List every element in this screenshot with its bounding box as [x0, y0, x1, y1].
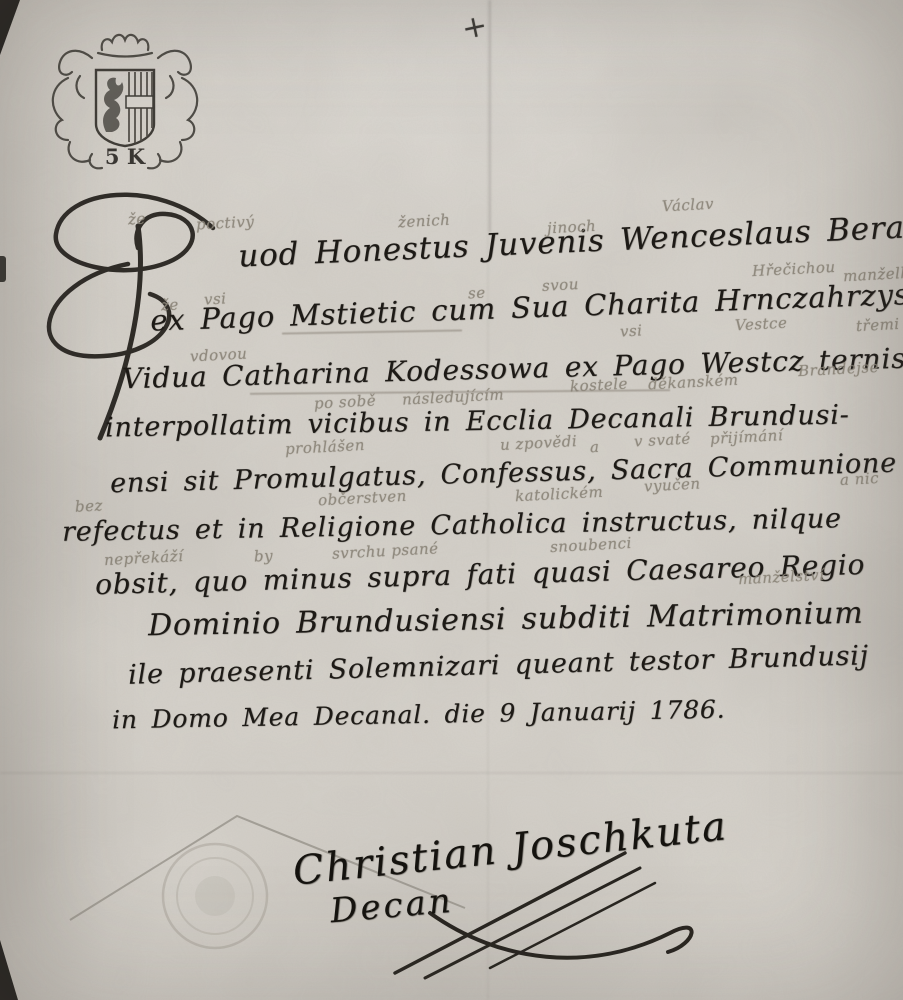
pencil-annotation: Brandejse [798, 358, 880, 380]
ink-line: in Domo Mea Decanal. die 9 Januarij 1786… [112, 695, 726, 735]
pencil-annotation: Václav [662, 195, 715, 216]
pencil-annotation: jinoch [547, 217, 597, 238]
pencil-annotation: vyučen [644, 475, 701, 496]
ink-line: ile praesenti Solemnizari queant testor … [128, 640, 870, 690]
stamp-lion [103, 78, 123, 132]
pencil-annotation: že [128, 210, 147, 229]
pencil-annotation: ženich [398, 211, 451, 232]
pencil-annotation: v svaté [634, 430, 692, 451]
scan-corner-shadow-topleft [0, 0, 20, 55]
pencil-annotation: Hřečichou [752, 258, 836, 280]
pencil-annotation: prohlášen [285, 436, 366, 458]
pencil-annotation: snoubenci [550, 534, 633, 556]
pencil-annotation: a nic [840, 469, 880, 489]
ink-line: refectus et in Religione Catholica instr… [62, 503, 842, 548]
page-cross-mark: + [459, 8, 491, 47]
stamp-denomination: 5 K [105, 144, 146, 169]
pencil-annotation: kostele [570, 374, 629, 395]
scanned-document-page: + 5 K [0, 0, 903, 1000]
pencil-annotation: vsi [620, 321, 643, 340]
ink-line: Dominio Brundusiensi subditi Matrimonium [148, 596, 864, 643]
revenue-stamp-icon: 5 K [40, 28, 210, 178]
scan-corner-shadow-bottomleft [0, 940, 18, 1000]
ink-line: ensi sit Promulgatus, Confessus, Sacra C… [110, 448, 898, 500]
pencil-annotation: a [590, 438, 600, 456]
pencil-annotation: že [161, 296, 180, 315]
fold-crease-horizontal [0, 772, 903, 774]
pencil-annotation: bez [75, 496, 104, 515]
pencil-annotation: u zpovědi [500, 432, 578, 454]
pencil-annotation: Vestce [735, 314, 788, 335]
pencil-annotation: manželkou [843, 263, 903, 286]
signature-flourish-icon [370, 838, 710, 988]
pencil-annotation: po sobě [314, 391, 377, 412]
pencil-annotation: poctivý [196, 212, 255, 233]
pencil-annotation: se [468, 284, 486, 303]
pencil-annotation: svou [542, 275, 580, 295]
pencil-annotation: katolickém [515, 483, 604, 506]
pencil-annotation: přijímání [710, 426, 784, 448]
pencil-annotation: vdovou [190, 345, 248, 366]
pencil-annotation: by [254, 547, 274, 566]
scan-edge-mark [0, 256, 6, 282]
pencil-annotation: občerstven [318, 487, 408, 510]
fold-crease-vertical [489, 0, 491, 232]
pencil-annotation: vsi [204, 289, 227, 308]
ink-line: ex Pago Mstietic cum Sua Charita Hrnczah… [150, 276, 903, 337]
pencil-annotation: třemi [856, 315, 900, 335]
pencil-annotation: manželství [738, 566, 825, 588]
